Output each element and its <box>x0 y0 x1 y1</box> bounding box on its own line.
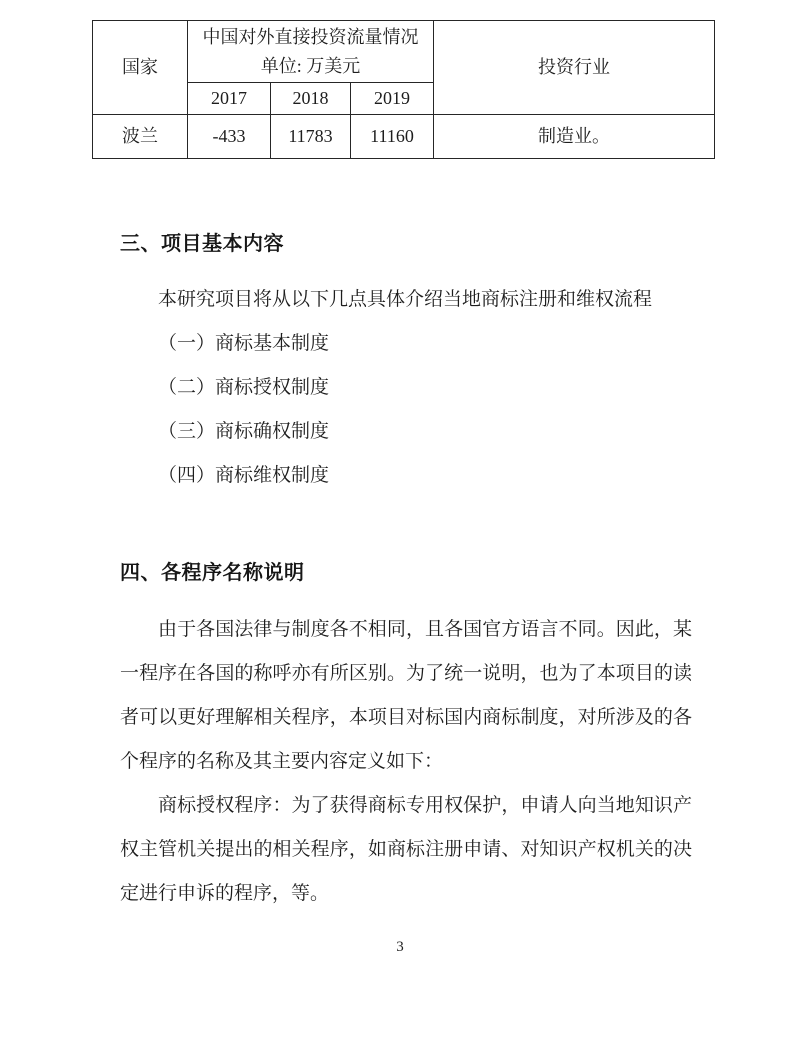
list-item-3: （三）商标确权制度 <box>120 410 692 454</box>
table-header-year-2017: 2017 <box>188 83 271 115</box>
section-4-heading: 四、各程序名称说明 <box>120 560 305 586</box>
list-item-2: （二）商标授权制度 <box>120 366 692 410</box>
list-item-1: （一）商标基本制度 <box>120 322 692 366</box>
table-header-country: 国家 <box>93 21 188 115</box>
table-header-industry: 投资行业 <box>434 21 715 115</box>
table-row: 波兰 -433 11783 11160 制造业。 <box>93 115 715 159</box>
body-paragraph-1: 由于各国法律与制度各不相同，且各国官方语言不同。因此，某一程序在各国的称呼亦有所… <box>120 608 692 784</box>
cell-value-2017: -433 <box>188 115 271 159</box>
flow-unit: 单位: 万美元 <box>190 52 431 81</box>
section-4-body: 由于各国法律与制度各不相同，且各国官方语言不同。因此，某一程序在各国的称呼亦有所… <box>120 608 692 916</box>
section-3-body: 本研究项目将从以下几点具体介绍当地商标注册和维权流程 （一）商标基本制度 （二）… <box>120 278 692 498</box>
table-header-flow: 中国对外直接投资流量情况 单位: 万美元 <box>188 21 434 83</box>
list-item-4: （四）商标维权制度 <box>120 454 692 498</box>
flow-title: 中国对外直接投资流量情况 <box>190 23 431 52</box>
document-page: 国家 中国对外直接投资流量情况 单位: 万美元 投资行业 2017 2018 2… <box>0 0 800 1054</box>
page-number: 3 <box>0 936 800 958</box>
cell-country: 波兰 <box>93 115 188 159</box>
cell-value-2018: 11783 <box>271 115 351 159</box>
section-3-intro: 本研究项目将从以下几点具体介绍当地商标注册和维权流程 <box>120 278 692 322</box>
section-3-heading: 三、项目基本内容 <box>120 231 284 257</box>
table-header-year-2018: 2018 <box>271 83 351 115</box>
investment-flow-table: 国家 中国对外直接投资流量情况 单位: 万美元 投资行业 2017 2018 2… <box>92 20 715 159</box>
cell-value-2019: 11160 <box>351 115 434 159</box>
body-paragraph-2: 商标授权程序：为了获得商标专用权保护，申请人向当地知识产权主管机关提出的相关程序… <box>120 784 692 916</box>
table-header-year-2019: 2019 <box>351 83 434 115</box>
cell-industry: 制造业。 <box>434 115 715 159</box>
